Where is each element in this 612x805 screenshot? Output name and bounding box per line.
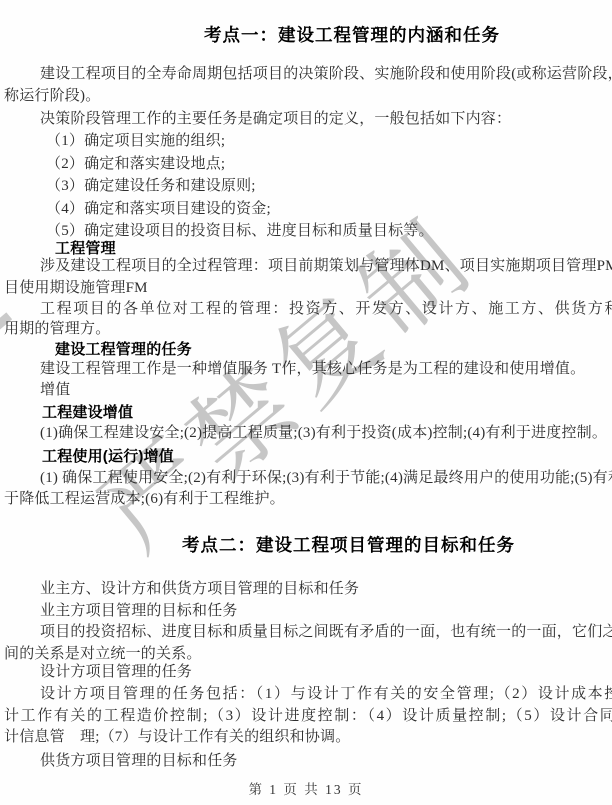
text-line: 增值 xyxy=(40,381,70,400)
text-line: (1) 确保工程使用安全;(2)有利于环保;(3)有利于节能;(4)满足最终用户… xyxy=(40,469,612,488)
text-line: 业主方项目管理的目标和任务 xyxy=(40,602,238,621)
subheading: 建设工程管理的任务 xyxy=(55,340,192,359)
text-line: 设计方项目管理的任务 xyxy=(40,663,192,682)
list-item: （1）确定项目实施的组织; xyxy=(46,132,225,151)
section1-title: 考点一：建设工程管理的内涵和任务 xyxy=(204,22,500,47)
text-line: 于降低工程运营成本;(6)有利于工程维护。 xyxy=(4,490,285,509)
text-line: 建设工程项目的全寿命周期包括项目的决策阶段、实施阶段和使用阶段(或称运营阶段， … xyxy=(40,65,612,84)
list-item: （4）确定和落实项目建设的资金; xyxy=(46,200,271,219)
text-line: 涉及建设工程项目的全过程管理：项目前期策划与管理体DM、项目实施期项目管理PM、… xyxy=(40,257,612,276)
list-item: （2）确定和落实建设地点; xyxy=(46,155,225,174)
text-line: 用期的管理方。 xyxy=(4,320,110,339)
text-line: 设计方项目管理的任务包括：（1）与设计丁作有关的安全管理;（2）设计成本控制和与… xyxy=(40,685,612,704)
list-item: （3）确定建设任务和建设原则; xyxy=(46,177,256,196)
page-number-footer: 第 1 页 共 13 页 xyxy=(0,778,612,798)
text-line: 工程项目的各单位对工程的管理：投资方、开发方、设计方、施工方、供货方和项目使 xyxy=(40,300,612,319)
text-line: 目使用期设施管理FM xyxy=(4,279,148,298)
text-line: 计工作有关的工程造价控制;（3）设计进度控制：（4）设计质量控制;（5）设计合同… xyxy=(4,707,612,726)
text-line: 供货方项目管理的目标和任务 xyxy=(40,752,238,771)
subheading: 工程使用(运行)增值 xyxy=(42,447,174,466)
text-line: 计信息管 理;（7）与设计工作有关的组织和协调。 xyxy=(4,728,350,747)
text-line: 间的关系是对立统一的关系。 xyxy=(4,645,202,664)
subheading: 工程建设增值 xyxy=(42,403,133,422)
subheading: 工程管理 xyxy=(55,239,116,258)
text-line: 决策阶段管理工作的主要任务是确定项目的定义，一般包括如下内容： xyxy=(40,110,511,129)
section2-title: 考点二：建设工程项目管理的目标和任务 xyxy=(182,532,515,557)
document-page: 严禁复制 考点一：建设工程管理的内涵和任务 建设工程项目的全寿命周期包括项目的决… xyxy=(0,0,612,805)
text-line: 项目的投资招标、进度目标和质量目标之间既有矛盾的一面，也有统一的一面，它们之 xyxy=(40,623,612,642)
text-line: 称运行阶段)。 xyxy=(4,87,100,106)
text-line: 业主方、设计方和供货方项目管理的目标和任务 xyxy=(40,580,359,599)
text-line: 建设工程管理工作是一种增值服务 T作，其核心任务是为工程的建设和使用增值。 xyxy=(40,360,585,379)
text-line: (1)确保工程建设安全;(2)提高工程质量;(3)有利于投资(成本)控制;(4)… xyxy=(40,424,607,443)
